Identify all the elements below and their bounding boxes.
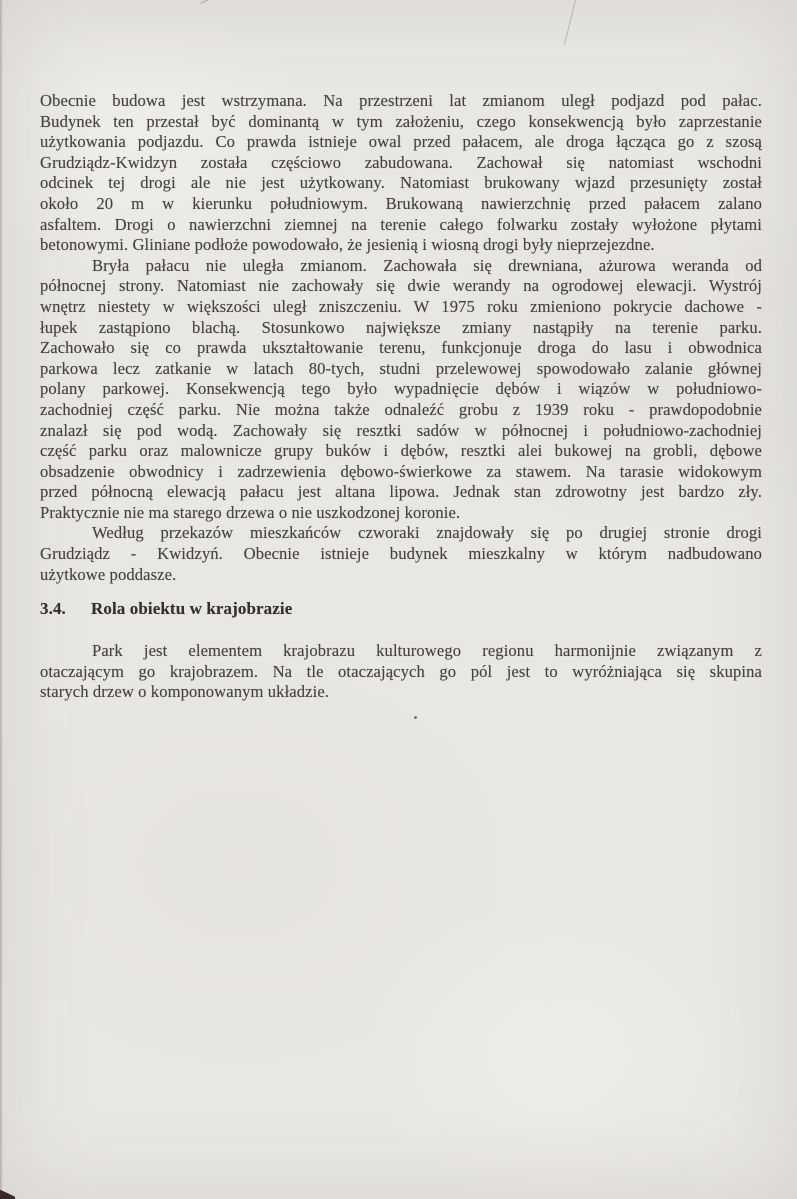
text-line: betonowymi. Gliniane podłoże powodowało,… [40,235,762,256]
text-line: starych drzew o komponowanym układzie. [40,682,762,703]
text-line: parkowa lecz zatkanie w latach 80-tych, … [40,359,762,380]
text-line: Według przekazów mieszkańców czworaki zn… [40,523,762,544]
text-line: obsadzenie obwodnicy i zadrzewienia dębo… [40,462,762,483]
text-line: użytkowania podjazdu. Co prawda istnieje… [40,132,762,153]
text-line: wnętrz niestety w większości uległ znisz… [40,297,762,318]
scanned-document-page: { "page": { "paper_color": "#e9e7e3", "i… [0,0,797,1199]
text-line: zachodniej część parku. Nie można także … [40,400,762,421]
paragraph: Według przekazów mieszkańców czworaki zn… [40,523,762,585]
paragraph: Park jest elementem krajobrazu kulturowe… [40,641,762,703]
text-line: około 20 m w kierunku południowym. Bruko… [40,194,762,215]
text-line: polany parkowej. Konsekwencją tego było … [40,379,762,400]
text-line: część parku oraz malownicze grupy buków … [40,441,762,462]
section-number: 3.4. [40,598,91,619]
text-line: północnej strony. Natomiast nie zachował… [40,276,762,297]
text-line: Budynek ten przestał być dominantą w tym… [40,112,762,133]
text-column: Obecnie budowa jest wstrzymana. Na przes… [40,91,762,703]
text-line: asfaltem. Drogi o nawierzchni ziemnej na… [40,215,762,236]
text-line: Grudziądz - Kwidzyń. Obecnie istnieje bu… [40,544,762,565]
section-title: Rola obiektu w krajobrazie [91,599,292,618]
text-line: Zachowało się co prawda ukształtowanie t… [40,338,762,359]
text-line: Grudziądz-Kwidzyn została częściowo zabu… [40,153,762,174]
text-line: użytkowe poddasze. [40,565,762,586]
text-line: przed północną elewacją pałacu jest alta… [40,482,762,503]
text-line: Praktycznie nie ma starego drzewa o nie … [40,503,762,524]
text-line: Bryła pałacu nie uległa zmianom. Zachowa… [40,256,762,277]
scan-edge-shadow [0,0,3,1199]
text-line: znalazł się pod wodą. Zachowały się resz… [40,421,762,442]
text-line: Obecnie budowa jest wstrzymana. Na przes… [40,91,762,112]
text-line: Park jest elementem krajobrazu kulturowe… [40,641,762,662]
text-line: łupek zastąpiono blachą. Stosunkowo najw… [40,318,762,339]
paragraph: Obecnie budowa jest wstrzymana. Na przes… [40,91,762,256]
paragraph: Bryła pałacu nie uległa zmianom. Zachowa… [40,256,762,524]
text-line: otaczającym go krajobrazem. Na tle otacz… [40,662,762,683]
section-heading: 3.4.Rola obiektu w krajobrazie [40,598,762,619]
ink-speck [414,716,417,719]
text-line: odcinek tej drogi ale nie jest użytkowan… [40,173,762,194]
